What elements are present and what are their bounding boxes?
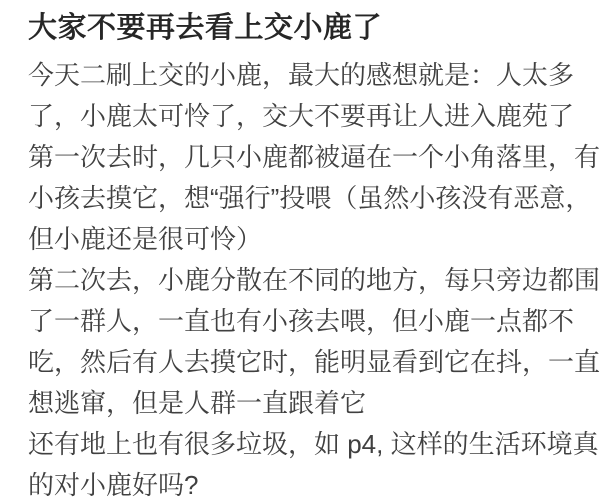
- post-body-line: 的对小鹿好吗?: [28, 465, 588, 498]
- post-body-line: 第一次去时，几只小鹿都被逼在一个小角落里，有: [28, 137, 588, 178]
- post-body-line: 第二次去，小鹿分散在不同的地方，每只旁边都围: [28, 260, 588, 301]
- post-detail-screen: 大家不要再去看上交小鹿了 今天二刷上交的小鹿，最大的感想就是：人太多 了，小鹿太…: [0, 0, 612, 498]
- post-title: 大家不要再去看上交小鹿了: [28, 10, 588, 46]
- post-content: 大家不要再去看上交小鹿了 今天二刷上交的小鹿，最大的感想就是：人太多 了，小鹿太…: [0, 0, 612, 498]
- post-body: 今天二刷上交的小鹿，最大的感想就是：人太多 了，小鹿太可怜了，交大不要再让人进入…: [28, 55, 588, 498]
- post-body-line: 今天二刷上交的小鹿，最大的感想就是：人太多: [28, 55, 588, 96]
- post-body-line: 但小鹿还是很可怜）: [28, 219, 588, 260]
- post-body-line: 了一群人，一直也有小孩去喂，但小鹿一点都不: [28, 301, 588, 342]
- post-body-line: 吃，然后有人去摸它时，能明显看到它在抖，一直: [28, 342, 588, 383]
- post-body-line: 小孩去摸它，想“强行”投喂（虽然小孩没有恶意，: [28, 178, 588, 219]
- post-body-line: 想逃窜，但是人群一直跟着它: [28, 383, 588, 424]
- post-body-line: 了，小鹿太可怜了，交大不要再让人进入鹿苑了: [28, 96, 588, 137]
- post-body-line: 还有地上也有很多垃圾，如 p4, 这样的生活环境真: [28, 424, 588, 465]
